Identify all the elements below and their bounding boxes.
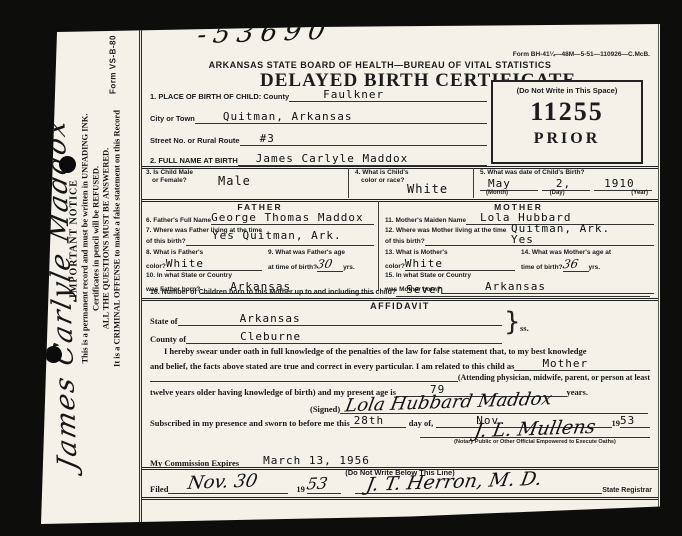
do-not-write-box: (Do Not Write in This Space) 11255 PRIOR bbox=[491, 80, 643, 164]
father-res-label2: of this birth? bbox=[146, 238, 186, 246]
field-place-of-birth: 1. PLACE OF BIRTH OF CHILD: County Faulk… bbox=[150, 88, 487, 102]
oath-text-2: and belief, the facts above stated are t… bbox=[150, 361, 514, 371]
ss-brace: } bbox=[504, 307, 521, 337]
mother-age-field: 14. What was Mother's age at time of bir… bbox=[515, 249, 654, 271]
mother-age-suffix: yrs. bbox=[589, 264, 601, 272]
field-label: City or Town bbox=[150, 114, 195, 124]
father-age-label1: 9. What was Father's age bbox=[268, 249, 374, 257]
prior-stamp: PRIOR bbox=[493, 130, 641, 148]
field-label: 1. PLACE OF BIRTH OF CHILD: County bbox=[150, 92, 289, 102]
signed-line: (Signed) Lola Hubbard Maddox bbox=[310, 392, 648, 414]
important-notice-title: IMPORTANT NOTICE bbox=[69, 66, 80, 412]
cell-race: 4. What is Child's color or race? White bbox=[348, 168, 473, 198]
filed-line: Filed Nov. 30 19 53 J. T. Herron, M. D. … bbox=[150, 472, 652, 494]
father-color-value: White bbox=[166, 257, 204, 270]
dob-day: 2, bbox=[542, 177, 571, 190]
mother-res-value2: Yes bbox=[511, 233, 534, 246]
field-label: 2. FULL NAME AT BIRTH bbox=[150, 156, 238, 166]
notice-line: ALL THE QUESTIONS MUST BE ANSWERED. bbox=[101, 66, 112, 412]
mother-residence-field: 12. Where was Mother living at the time … bbox=[385, 227, 654, 246]
mother-name-label: 11. Mother's Maiden Name bbox=[385, 217, 466, 225]
dob-label: 5. What was date of Child's Birth? bbox=[480, 169, 658, 177]
relation-value: Mother bbox=[514, 357, 588, 370]
mother-age-label2: time of birth? bbox=[521, 264, 563, 272]
children-count-value: Seven bbox=[396, 283, 444, 296]
affidavit-state-field: State of Arkansas bbox=[150, 312, 502, 326]
hole-punch-bottom bbox=[45, 346, 62, 363]
father-name-label: 6. Father's Full Name bbox=[146, 217, 211, 225]
rule bbox=[142, 497, 658, 500]
field-full-name: 2. FULL NAME AT BIRTH James Carlyle Madd… bbox=[150, 152, 487, 166]
father-age-field: 9. What was Father's age at time of birt… bbox=[262, 249, 374, 271]
affiant-signature: Lola Hubbard Maddox bbox=[338, 388, 554, 416]
signed-label: (Signed) bbox=[310, 404, 340, 414]
field-street-route: Street No. or Rural Route #3 bbox=[150, 132, 487, 146]
sub-year: (Year) bbox=[594, 190, 652, 196]
certificate-form: -53690 Form BH-41¼—48M—5-51—110926—C.McB… bbox=[139, 24, 659, 524]
commission-value: March 13, 1956 bbox=[239, 454, 370, 467]
subscribed-day: 28th bbox=[350, 414, 385, 427]
state-value: Arkansas bbox=[178, 312, 301, 325]
board-title: ARKANSAS STATE BOARD OF HEALTH—BUREAU OF… bbox=[142, 60, 618, 70]
handwritten-file-number: -53690 bbox=[195, 16, 335, 51]
notice-line: This is a permanent record and must be w… bbox=[80, 66, 91, 412]
father-born-label1: 10. In what State or Country bbox=[146, 272, 374, 280]
cell-sex: 3. Is Child Male or Female? Male bbox=[142, 168, 348, 198]
children-count-field: 16. Number of Children born to this Moth… bbox=[150, 283, 650, 297]
field-city-town: City or Town Quitman, Arkansas bbox=[150, 110, 487, 124]
race-value: White bbox=[407, 182, 448, 196]
form-print-code: Form BH-41¼—48M—5-51—110926—C.McB. bbox=[513, 51, 650, 58]
route-value: #3 bbox=[240, 132, 275, 145]
oath-line-2: and belief, the facts above stated are t… bbox=[150, 357, 650, 371]
father-column: FATHER 6. Father's Full Name George Thom… bbox=[142, 201, 378, 291]
parents-section: FATHER 6. Father's Full Name George Thom… bbox=[142, 201, 658, 291]
state-label: State of bbox=[150, 316, 178, 326]
father-age-value: 30 bbox=[316, 257, 334, 272]
attending-note: (Attending physician, midwife, parent, o… bbox=[458, 373, 650, 382]
father-res-value: Yes Quitman, Ark. bbox=[212, 229, 342, 242]
cell-dob: 5. What was date of Child's Birth? May 2… bbox=[473, 168, 658, 198]
registrar-label: State Registrar bbox=[602, 487, 652, 494]
sub-month: (Month) bbox=[480, 190, 540, 196]
sub-day: (Day) bbox=[540, 190, 595, 196]
do-not-write-label: (Do Not Write in This Space) bbox=[493, 86, 641, 95]
notice-line: Certificates in pencil will be REFUSED. bbox=[90, 66, 101, 412]
affidavit-county-field: County of Cleburne bbox=[150, 330, 502, 344]
father-color-field: 8. What is Father's color? White bbox=[146, 249, 262, 271]
margin-form-code: Form VS-B-80 bbox=[109, 25, 118, 105]
mother-res-label2: of this birth? bbox=[385, 238, 425, 246]
attending-line: (Attending physician, midwife, parent, o… bbox=[150, 372, 650, 382]
county-value: Faulkner bbox=[289, 88, 384, 101]
father-color-age-row: 8. What is Father's color? White 9. What… bbox=[146, 249, 374, 271]
father-age-suffix: yrs. bbox=[343, 264, 355, 272]
mother-born-label1: 15. In what State or Country bbox=[385, 272, 654, 280]
county-value-aff: Cleburne bbox=[186, 330, 301, 343]
mother-age-value: 36 bbox=[561, 257, 579, 272]
notary-block: J. L. Mullens (Notary Public or Other Of… bbox=[420, 418, 650, 445]
scanned-page-background: James Carlyle Maddox IMPORTANT NOTICE Th… bbox=[0, 0, 682, 536]
race-label: 4. What is Child's bbox=[355, 169, 473, 177]
ss-label: ss. bbox=[520, 323, 529, 333]
commission-line: My Commission Expires March 13, 1956 bbox=[150, 454, 450, 468]
filed-year-value: 53 bbox=[305, 474, 329, 494]
certificate-number-stamp: 11255 bbox=[493, 97, 641, 127]
county-label: County of bbox=[150, 334, 186, 344]
mother-color-age-row: 13. What is Mother's color? White 14. Wh… bbox=[385, 249, 654, 271]
mother-age-label1: 14. What was Mother's age at bbox=[521, 249, 654, 257]
mother-color-value: White bbox=[405, 257, 443, 270]
important-notice-block: IMPORTANT NOTICE This is a permanent rec… bbox=[69, 66, 122, 412]
dob-year: 1910 bbox=[594, 177, 635, 190]
dob-month: May bbox=[480, 177, 511, 190]
filed-date-value: Nov. 30 bbox=[166, 470, 259, 494]
father-residence-field: 7. Where was Father living at the time o… bbox=[146, 227, 374, 246]
children-count-label: 16. Number of Children born to this Moth… bbox=[150, 289, 396, 297]
affidavit-title: AFFIDAVIT bbox=[142, 301, 658, 311]
subscribed-text: Subscribed in my presence and sworn to b… bbox=[150, 418, 350, 428]
notice-line: It is a CRIMINAL OFFENSE to make a false… bbox=[111, 66, 122, 412]
child-row: 3. Is Child Male or Female? Male 4. What… bbox=[142, 168, 658, 198]
father-color-label1: 8. What is Father's bbox=[146, 249, 262, 257]
full-name-value: James Carlyle Maddox bbox=[238, 152, 408, 165]
certificate-paper: James Carlyle Maddox IMPORTANT NOTICE Th… bbox=[35, 24, 660, 524]
notary-signature: J. L. Mullens bbox=[473, 416, 598, 442]
oath-line-1: I hereby swear under oath in full knowle… bbox=[150, 346, 650, 356]
city-value: Quitman, Arkansas bbox=[195, 110, 353, 123]
dob-sublabels: (Month) (Day) (Year) bbox=[480, 190, 652, 196]
dob-values: May 2, 1910 bbox=[480, 177, 652, 191]
mother-column: MOTHER 11. Mother's Maiden Name Lola Hub… bbox=[378, 201, 658, 291]
father-color-label2: color? bbox=[146, 263, 166, 271]
mother-color-field: 13. What is Mother's color? White bbox=[385, 249, 515, 271]
mother-color-label2: color? bbox=[385, 263, 405, 271]
father-name-field: 6. Father's Full Name George Thomas Madd… bbox=[146, 211, 374, 225]
registrar-signature: J. T. Herron, M. D. bbox=[352, 468, 543, 496]
filed-year-prefix: 19 bbox=[288, 484, 307, 494]
mother-color-label1: 13. What is Mother's bbox=[385, 249, 515, 257]
father-name-value: George Thomas Maddox bbox=[211, 211, 363, 224]
sex-value: Male bbox=[218, 174, 251, 188]
father-age-label2: at time of birth? bbox=[268, 264, 317, 272]
field-label: Street No. or Rural Route bbox=[150, 136, 240, 146]
hole-punch-top bbox=[59, 156, 76, 173]
